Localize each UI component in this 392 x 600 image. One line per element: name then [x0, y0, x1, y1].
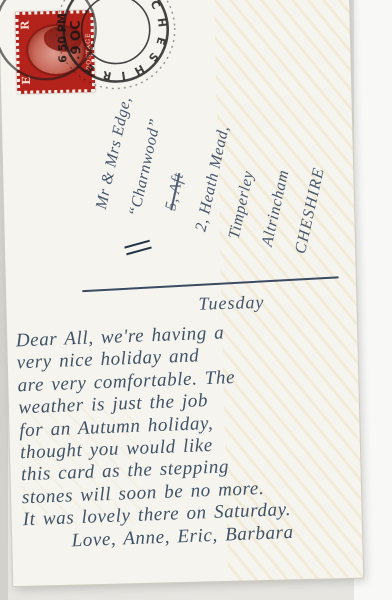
ruled-divider-line	[82, 276, 339, 292]
postmark-date: 9 OC	[68, 20, 84, 55]
postcard-back: E R POSTAGE T · C H E S H I R E · 6 50 P…	[0, 0, 363, 586]
message-day: Tuesday	[156, 291, 306, 316]
ink-dash-mark	[124, 240, 151, 256]
handwritten-address: Mr & Mrs Edge, “Charnwood” 5, Aft 2, Hea…	[85, 0, 363, 257]
handwritten-message: Dear All, we're having a very nice holid…	[15, 318, 358, 555]
postmark-time: 6 50 PM	[55, 13, 69, 63]
